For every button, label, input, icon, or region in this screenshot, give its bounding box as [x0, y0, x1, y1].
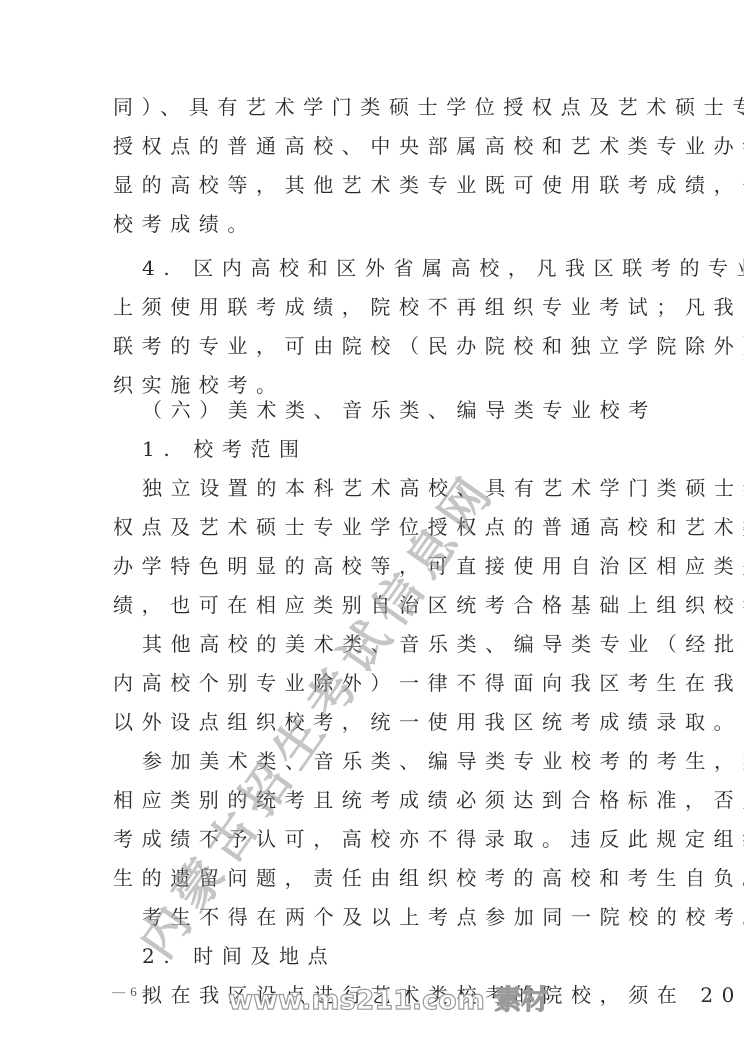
section-heading: （六）美术类、音乐类、编导类专业校考: [142, 395, 682, 425]
text-line: 校考成绩。: [113, 209, 653, 239]
text-line: 内高校个别专业除外）一律不得面向我区考生在我区及我区: [113, 668, 653, 698]
text-line: 以外设点组织校考，统一使用我区统考成绩录取。: [113, 707, 653, 737]
text-line: 参加美术类、音乐类、编导类专业校考的考生，须参加: [142, 746, 682, 776]
text-line: 联考的专业，可由院校（民办院校和独立学院除外）自行组: [113, 331, 653, 361]
text-line: 生的遗留问题，责任由组织校考的高校和考生自负。: [113, 863, 653, 893]
text-line: 其他高校的美术类、音乐类、编导类专业（经批准的区: [142, 629, 682, 659]
document-page: 同）、具有艺术学门类硕士学位授权点及艺术硕士专业学位 授权点的普通高校、中央部属…: [0, 0, 744, 1053]
text-line: 考生不得在两个及以上考点参加同一院校的校考。: [142, 902, 682, 932]
text-line: 相应类别的统考且统考成绩必须达到合格标准，否则，其校: [113, 785, 653, 815]
text-line: 显的高校等，其他艺术类专业既可使用联考成绩，也可使用: [113, 170, 653, 200]
subsection-heading: 1. 校考范围: [142, 434, 682, 464]
text-line: 同）、具有艺术学门类硕士学位授权点及艺术硕士专业学位: [113, 92, 653, 122]
site-watermark: www.ms211.com 素材: [228, 978, 548, 1017]
text-line: 独立设置的本科艺术高校、具有艺术学门类硕士学位授: [142, 473, 682, 503]
subsection-heading: 2. 时间及地点: [142, 941, 682, 971]
text-line: 绩，也可在相应类别自治区统考合格基础上组织校考。: [113, 590, 653, 620]
text-line: 权点及艺术硕士专业学位授权点的普通高校和艺术类专业: [113, 512, 653, 542]
text-line: 上须使用联考成绩，院校不再组织专业考试；凡我区未组织: [113, 292, 653, 322]
text-line: 考成绩不予认可，高校亦不得录取。违反此规定组织校考产: [113, 824, 653, 854]
page-number: — 6 —: [112, 984, 156, 1000]
text-line: 办学特色明显的高校等，可直接使用自治区相应类别统考成: [113, 551, 653, 581]
text-line: 4. 区内高校和区外省属高校，凡我区联考的专业，原则: [142, 253, 682, 283]
text-line: 授权点的普通高校、中央部属高校和艺术类专业办学特色明: [113, 131, 653, 161]
